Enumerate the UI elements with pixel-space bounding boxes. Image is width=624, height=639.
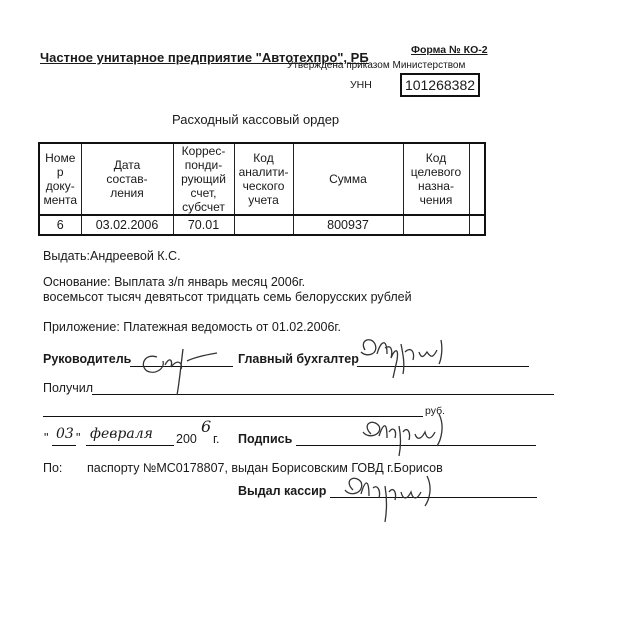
cash-order-table: Номердоку-ментаДатасостав-ленияКоррес-по… [38,142,486,236]
column-header-line: чения [404,193,469,207]
column-header-line: субсчет [174,200,234,214]
column-header-line: доку- [40,179,81,193]
table-cell: 70.01 [173,215,234,235]
table-header-row: Номердоку-ментаДатасостав-ленияКоррес-по… [39,143,485,215]
attachment: Приложение: Платежная ведомость от 01.02… [43,320,341,334]
date-close-quote: " [76,431,80,445]
signature-label: Подпись [238,432,292,446]
column-header-line: ления [82,186,173,200]
column-header-line: Сумма [294,172,403,186]
director-signature [135,335,235,400]
chief-accountant-label: Главный бухгалтер [238,352,359,366]
column-header [469,143,485,215]
column-header-line: мента [40,193,81,207]
table-cell: 800937 [293,215,403,235]
column-header-line: состав- [82,172,173,186]
table-cell: 03.02.2006 [81,215,173,235]
date-year-suffix: 6 [201,417,211,436]
received-label: Получил [43,381,93,395]
approval-note: Утверждена приказом Министерством [287,60,465,71]
column-header: Коданалити-ческогоучета [234,143,293,215]
cashier-signature [335,470,455,530]
column-header-line: р [40,165,81,179]
date-month-line[interactable] [86,445,174,446]
table-cell [234,215,293,235]
column-header-line: Номе [40,151,81,165]
column-header-line: рующий [174,172,234,186]
column-header-line: целевого [404,165,469,179]
recipient-signature [355,410,465,465]
column-header-line: Коррес- [174,144,234,158]
column-header-line: Код [404,151,469,165]
document-title: Расходный кассовый ордер [172,112,339,127]
by-label: По: [43,461,62,475]
date-day-line[interactable] [52,445,76,446]
date-open-quote: " [44,431,48,445]
date-day: 03 [56,426,74,442]
table-cell [403,215,469,235]
column-header-line: Код [235,151,293,165]
column-header-line: учета [235,193,293,207]
unn-value: 101268382 [400,73,480,97]
column-header: Сумма [293,143,403,215]
column-header-line: аналити- [235,165,293,179]
column-header-line: понди- [174,158,234,172]
payment-basis: Основание: Выплата з/п январь месяц 2006… [43,275,305,289]
unn-label: УНН [350,79,372,91]
column-header-line: ческого [235,179,293,193]
director-label: Руководитель [43,352,131,366]
column-header: Датасостав-ления [81,143,173,215]
amount-in-words: восемьсот тысяч девятьсот тридцать семь … [43,290,412,304]
column-header-line: счет, [174,186,234,200]
date-year-prefix: 200 [176,432,197,446]
table-cell: 6 [39,215,81,235]
table-row: 603.02.200670.01800937 [39,215,485,235]
column-header: Кодцелевогоназна-чения [403,143,469,215]
date-year-g: г. [213,432,220,446]
table-cell [469,215,485,235]
column-header: Номердоку-мента [39,143,81,215]
chief-accountant-signature [357,330,467,390]
column-header-line: Дата [82,158,173,172]
column-header-line: назна- [404,179,469,193]
cashier-label: Выдал кассир [238,484,326,498]
issue-to: Выдать:Андреевой К.С. [43,249,181,263]
date-month: февраля [90,426,153,442]
form-number: Форма № КО-2 [411,44,488,56]
column-header: Коррес-понди-рующийсчет,субсчет [173,143,234,215]
